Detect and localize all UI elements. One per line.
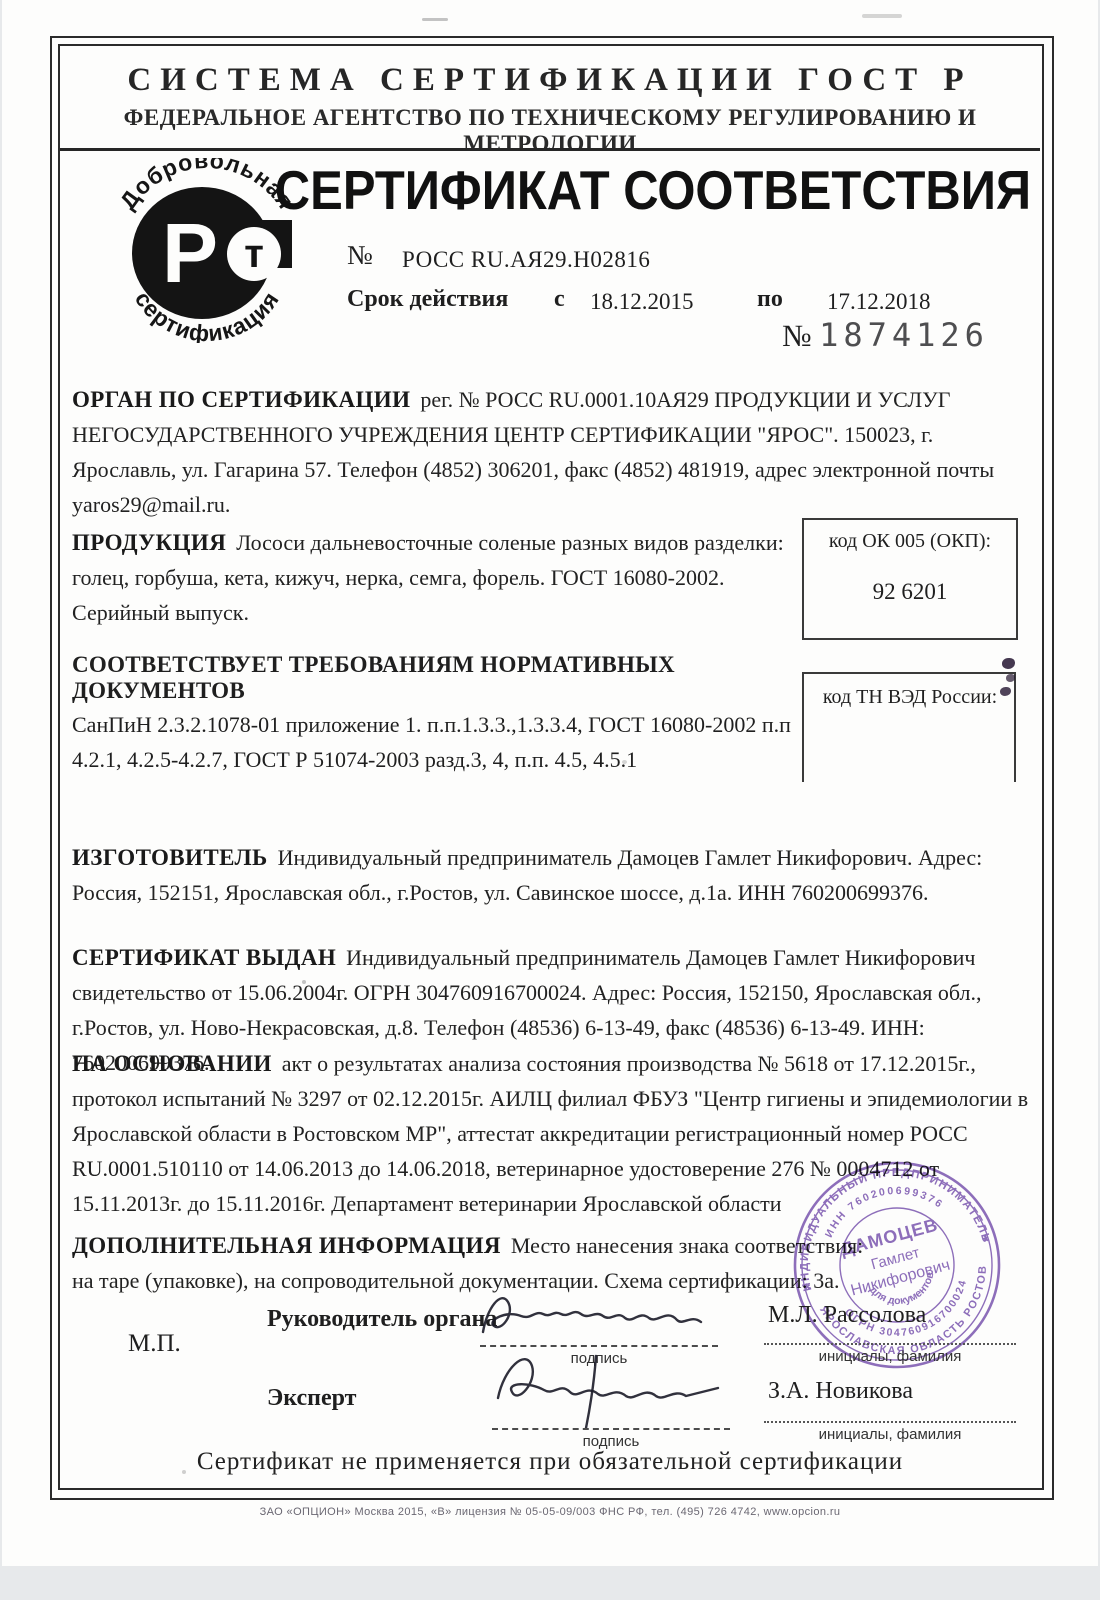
certificate-number-value: РОСС RU.АЯ29.Н02816: [402, 247, 650, 273]
certificate-title: СЕРТИФИКАТ СООТВЕТСТВИЯ: [275, 160, 1009, 223]
product-label: ПРОДУКЦИЯ: [72, 530, 236, 555]
manufacturer-label: ИЗГОТОВИТЕЛЬ: [72, 845, 278, 870]
scan-speckle: [182, 1470, 186, 1474]
scan-speckle: [302, 980, 306, 984]
certification-system-title: СИСТЕМА СЕРТИФИКАЦИИ ГОСТ Р: [60, 62, 1040, 99]
head-signature-handwriting: [477, 1280, 712, 1350]
conformity-text: СанПиН 2.3.2.1078-01 приложение 1. п.п.1…: [72, 707, 842, 777]
certification-body-paragraph: ОРГАН ПО СЕРТИФИКАЦИИрег. № РОСС RU.0001…: [72, 382, 1014, 522]
product-paragraph: ПРОДУКЦИЯЛососи дальневосточные соленые …: [72, 525, 820, 630]
stamp-place-label: М.П.: [128, 1330, 181, 1358]
expert-role-label: Эксперт: [267, 1385, 356, 1412]
scanned-certificate: { "document": { "header": { "line1": "СИ…: [0, 0, 1100, 1600]
expert-name-line: [764, 1421, 1016, 1423]
serial-number-digits: 1874126: [819, 316, 989, 354]
expert-signature-line: [492, 1428, 730, 1430]
header-box: СИСТЕМА СЕРТИФИКАЦИИ ГОСТ Р ФЕДЕРАЛЬНОЕ …: [60, 48, 1040, 148]
expert-signature-handwriting: [490, 1342, 740, 1434]
certificate-number-sign: №: [347, 240, 373, 271]
print-house-footer: ЗАО «ОПЦИОН» Москва 2015, «В» лицензия №…: [2, 1506, 1098, 1518]
validity-to-date: 17.12.2018: [827, 289, 931, 315]
validity-label: Срок действия: [347, 286, 508, 313]
certification-body-label: ОРГАН ПО СЕРТИФИКАЦИИ: [72, 387, 420, 412]
validity-from-date: 18.12.2015: [590, 289, 694, 315]
issued-to-label: СЕРТИФИКАТ ВЫДАН: [72, 945, 346, 970]
expert-name: З.А. Новикова: [768, 1378, 913, 1405]
validity-from-label: с: [554, 286, 565, 313]
header-divider: [60, 148, 1040, 151]
okp-code-label: код ОК 005 (ОКП):: [804, 530, 1016, 553]
logo-letter-t: т: [244, 232, 264, 276]
serial-number-sign: №: [782, 318, 812, 353]
logo-letter-p: Р: [162, 206, 218, 300]
conformity-section: СООТВЕТСТВУЕТ ТРЕБОВАНИЯМ НОРМАТИВНЫХ ДО…: [72, 652, 842, 777]
basis-label: НА ОСНОВАНИИ: [72, 1051, 282, 1076]
manufacturer-paragraph: ИЗГОТОВИТЕЛЬИндивидуальный предпринимате…: [72, 840, 1022, 910]
scan-speckle: [622, 760, 627, 764]
head-of-body-role-label: Руководитель органа: [267, 1306, 497, 1333]
paper-sheet: СИСТЕМА СЕРТИФИКАЦИИ ГОСТ Р ФЕДЕРАЛЬНОЕ …: [2, 0, 1098, 1566]
okp-code-value: 92 6201: [804, 579, 1016, 605]
additional-info-label: ДОПОЛНИТЕЛЬНАЯ ИНФОРМАЦИЯ: [72, 1233, 511, 1258]
scan-speckle: [862, 14, 902, 18]
conformity-label: СООТВЕТСТВУЕТ ТРЕБОВАНИЯМ НОРМАТИВНЫХ ДО…: [72, 652, 842, 704]
scan-speckle: [422, 18, 448, 21]
blank-serial-number: № 1874126: [782, 316, 989, 354]
head-name-line: [764, 1343, 1016, 1345]
okp-code-box: код ОК 005 (ОКП): 92 6201: [802, 518, 1018, 640]
additional-info-paragraph: ДОПОЛНИТЕЛЬНАЯ ИНФОРМАЦИЯМесто нанесения…: [72, 1228, 872, 1298]
tnved-code-box: код ТН ВЭД России:: [802, 672, 1016, 782]
tnved-code-label: код ТН ВЭД России:: [804, 686, 1016, 709]
head-name: М.Л. Рассолова: [768, 1302, 926, 1329]
bottom-note: Сертификат не применяется при обязательн…: [60, 1448, 1040, 1476]
expert-name-caption: инициалы, фамилия: [764, 1426, 1016, 1443]
validity-to-label: по: [757, 286, 783, 313]
head-name-caption: инициалы, фамилия: [764, 1348, 1016, 1365]
